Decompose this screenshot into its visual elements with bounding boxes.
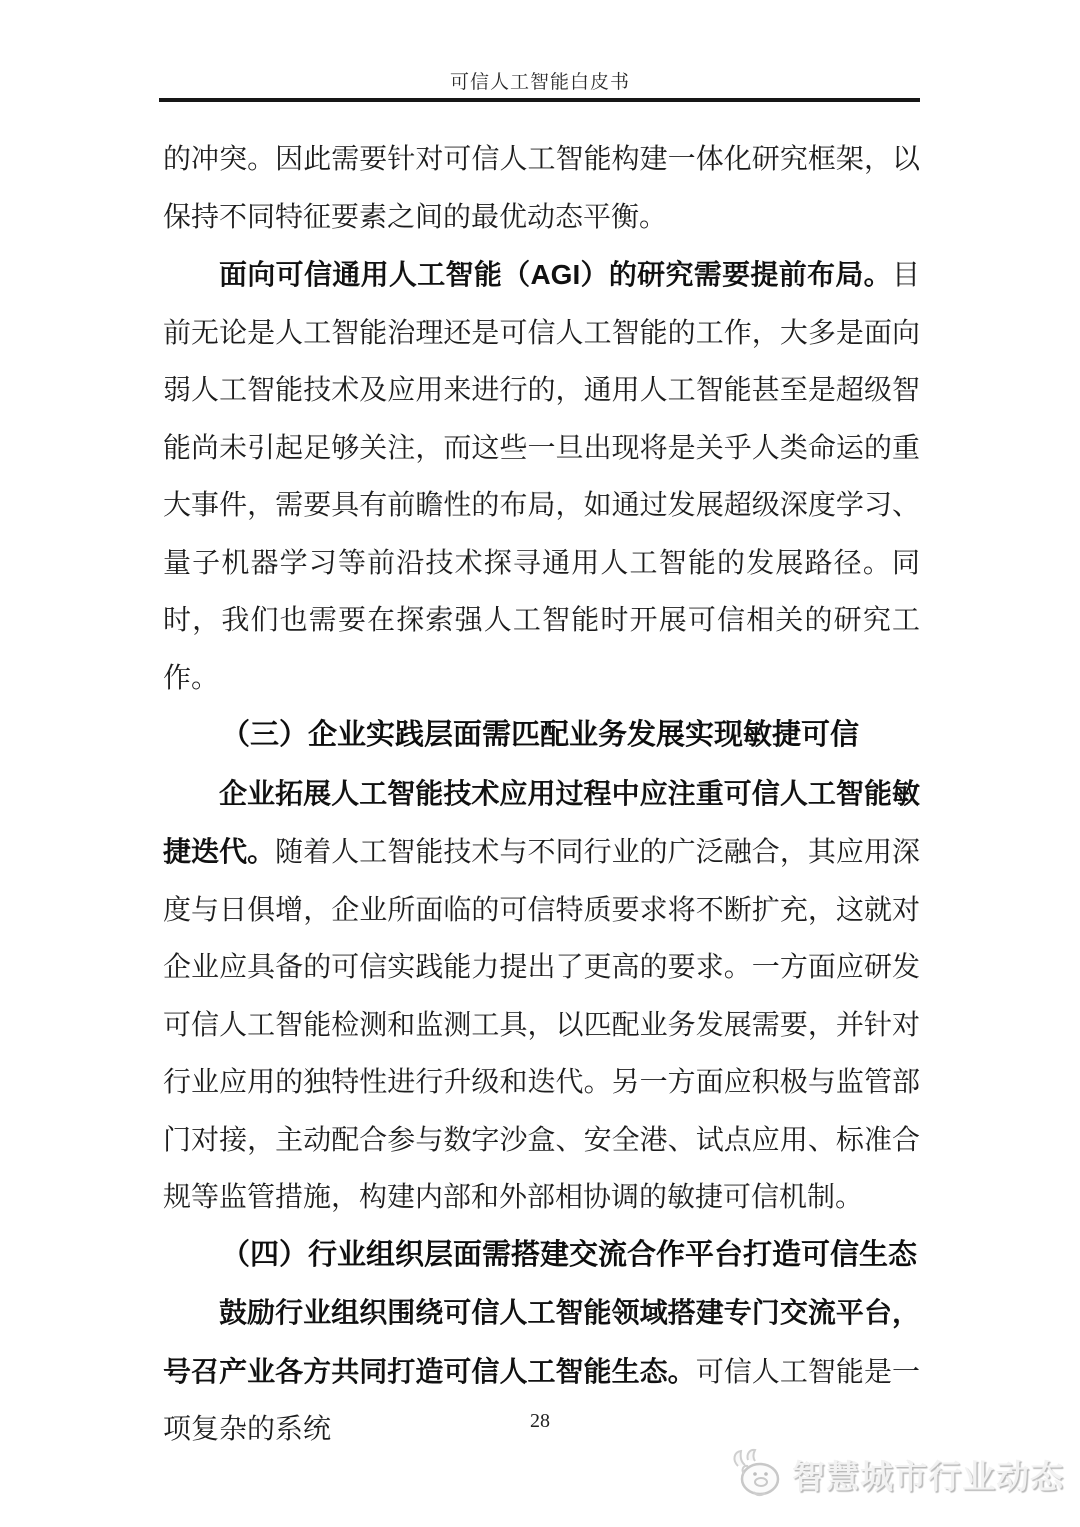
header-title: 可信人工智能白皮书: [0, 72, 1080, 94]
page-body: 的冲突。因此需要针对可信人工智能构建一体化研究框架，以保持不同特征要素之间的最优…: [163, 131, 920, 1459]
paragraph-conflict-text: 的冲突。因此需要针对可信人工智能构建一体化研究框架，以保持不同特征要素之间的最优…: [163, 144, 920, 233]
section-heading-four: （四）行业组织层面需搭建交流合作平台打造可信生态: [163, 1227, 920, 1285]
chick-face-icon: [728, 1446, 786, 1502]
page-number: 28: [0, 1410, 1080, 1433]
paragraph-agi-rest: 目前无论是人工智能治理还是可信人工智能的工作，大多是面向弱人工智能技术及应用来进…: [163, 260, 920, 694]
watermark-text: 智慧城市行业动态: [792, 1451, 1064, 1498]
header-rule: [159, 98, 920, 102]
paragraph-agi-lead: 面向可信通用人工智能（AGI）的研究需要提前布局。: [219, 259, 892, 290]
paragraph-enterprise-rest: 随着人工智能技术与不同行业的广泛融合，其应用深度与日俱增，企业所面临的可信特质要…: [163, 837, 920, 1213]
paragraph-enterprise: 企业拓展人工智能技术应用过程中应注重可信人工智能敏捷迭代。随着人工智能技术与不同…: [163, 765, 920, 1227]
document-page: 可信人工智能白皮书 的冲突。因此需要针对可信人工智能构建一体化研究框架，以保持不…: [0, 0, 1080, 1527]
paragraph-conflict: 的冲突。因此需要针对可信人工智能构建一体化研究框架，以保持不同特征要素之间的最优…: [163, 131, 920, 246]
watermark: 智慧城市行业动态: [728, 1446, 1064, 1502]
page-header: 可信人工智能白皮书: [0, 0, 1080, 102]
paragraph-agi: 面向可信通用人工智能（AGI）的研究需要提前布局。目前无论是人工智能治理还是可信…: [163, 246, 920, 707]
section-heading-three: （三）企业实践层面需匹配业务发展实现敏捷可信: [163, 707, 920, 765]
